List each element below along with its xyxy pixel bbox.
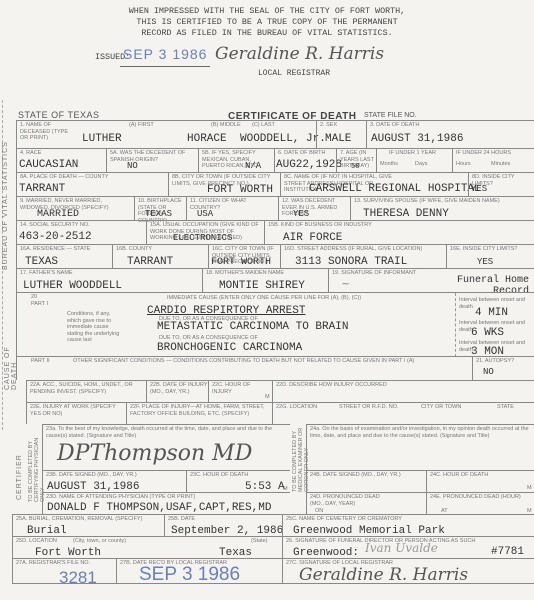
hour-of-death-label: 23c. HOUR OF DEATH bbox=[190, 472, 248, 479]
first-label: (a) First bbox=[129, 122, 154, 129]
registrar-signature-field: 27c. SIGNATURE OF LOCAL REGISTRAR Gerald… bbox=[282, 558, 534, 584]
race-field: 4. RACE CAUCASIAN bbox=[16, 148, 106, 172]
spanish-specify-label: 5b. IF YES, SPECIFY MEXICAN, CUBAN, PUER… bbox=[202, 150, 274, 170]
under-24-label: IF UNDER 24 HOURS bbox=[456, 150, 511, 157]
issued-underline bbox=[120, 66, 210, 67]
physician-label: 23d. NAME OF ATTENDING PHYSICIAN (Type o… bbox=[46, 494, 195, 501]
citizen-value: USA bbox=[197, 209, 213, 219]
autopsy-label: 21. AUTOPSY? bbox=[476, 358, 514, 365]
injury-date-label: 22b. DATE OF INJURY (Mo., Day, Yr.) bbox=[150, 382, 208, 395]
reg-signature: Geraldine R. Harris bbox=[299, 565, 468, 585]
registrar-file-no-field: 27a. REGISTRAR'S FILE NO. 3281 bbox=[12, 558, 116, 584]
location-label: 25d. LOCATION bbox=[16, 538, 57, 545]
location-sub-label: (City, town, or county) bbox=[73, 538, 126, 545]
spanish-value: NO bbox=[127, 161, 138, 171]
reg-file-label: 27a. REGISTRAR'S FILE NO. bbox=[16, 560, 90, 567]
injury-type-label: 22a. ACC., SUICIDE, HOM., UNDET., OR PEN… bbox=[30, 382, 142, 395]
residence-street-field: 16d. STREET ADDRESS (If rural, give loca… bbox=[280, 244, 446, 268]
me-date-label: 24b. DATE SIGNED (Mo., Day, Yr.) bbox=[310, 472, 401, 479]
injury-hour-field: 22c. HOUR OF INJURY M bbox=[208, 380, 272, 402]
res-inside-label: 16e. INSIDE CITY LIMITS? bbox=[450, 246, 530, 253]
under-1-year-field: IF UNDER 1 YEAR Months Days bbox=[376, 148, 452, 172]
me-date-signed-field: 24b. DATE SIGNED (Mo., Day, Yr.) bbox=[306, 470, 426, 492]
cause-c-value: BRONCHOGENIC CARCINOMA bbox=[157, 342, 302, 354]
state-sub-label: (State) bbox=[251, 538, 268, 545]
inside-city-limits-field: 8d. INSIDE CITY LIMITS? YES bbox=[468, 172, 534, 196]
immediate-cause-label: IMMEDIATE CAUSE (Enter only one cause pe… bbox=[167, 295, 361, 302]
injury-date-field: 22b. DATE OF INJURY (Mo., Day, Yr.) bbox=[146, 380, 208, 402]
spouse-value: THERESA DENNY bbox=[363, 208, 449, 220]
cert-line-2: THIS IS CERTIFIED TO BE A TRUE COPY OF T… bbox=[0, 17, 534, 28]
birthplace-value: TEXAS bbox=[145, 209, 172, 219]
injury-type-field: 22a. ACC., SUICIDE, HOM., UNDET., OR PEN… bbox=[26, 380, 146, 402]
interval-a-value: 4 MIN bbox=[475, 307, 508, 319]
me-statement: 24a. On the basis of examination and/or … bbox=[310, 426, 530, 439]
ssn-label: 14. SOCIAL SECURITY NO. bbox=[20, 222, 90, 229]
place-of-death-county-field: 8a. PLACE OF DEATH — COUNTY TARRANT bbox=[16, 172, 168, 196]
months-label: Months bbox=[380, 161, 398, 168]
father-label: 17. FATHER'S NAME bbox=[20, 270, 73, 277]
date-signed-label: 23b. DATE SIGNED (Mo., Day, Yr.) bbox=[46, 472, 137, 479]
residence-state-field: 16a. RESIDENCE — STATE TEXAS bbox=[16, 244, 112, 268]
mother-label: 18. MOTHER'S MAIDEN NAME bbox=[206, 270, 284, 277]
race-label: 4. RACE bbox=[20, 150, 41, 157]
side-label-bureau: BUREAU OF VITAL STATISTICS bbox=[2, 130, 9, 270]
certifier-signature-field: 23a. To the best of my knowledge, death … bbox=[42, 424, 290, 470]
injury-hour-label: 22c. HOUR OF INJURY bbox=[212, 382, 252, 395]
res-state-label: 16a. RESIDENCE — STATE bbox=[20, 246, 90, 253]
cause-of-death-part2: PART II OTHER SIGNIFICANT CONDITIONS — C… bbox=[16, 356, 472, 380]
disposition-date-field: 25b. DATE September 2, 1986 bbox=[164, 514, 282, 536]
res-county-label: 16b. COUNTY bbox=[116, 246, 152, 253]
registrar-signature: Geraldine R. Harris bbox=[215, 44, 384, 64]
me-pronounced-label: 24d. PRONOUNCED DEAD (Mo., Day, Year) bbox=[310, 494, 390, 507]
cemetery-field: 25c. NAME OF CEMETERY OR CREMATORY Green… bbox=[282, 514, 534, 536]
injury-city-label: CITY OR TOWN bbox=[421, 404, 461, 411]
res-street-label: 16d. STREET ADDRESS (If rural, give loca… bbox=[284, 246, 422, 253]
me-pronounced-date-field: 24d. PRONOUNCED DEAD (Mo., Day, Year) ON bbox=[306, 492, 426, 514]
injury-state-label: STATE bbox=[497, 404, 514, 411]
spanish-origin-field: 5a. WAS THE DECEDENT OF SPANISH ORIGIN? … bbox=[106, 148, 198, 172]
race-value: CAUCASIAN bbox=[19, 159, 78, 171]
informant-label: 19. SIGNATURE OF INFORMANT bbox=[332, 270, 416, 277]
me-signature-field: 24a. On the basis of examination and/or … bbox=[306, 424, 534, 470]
disposition-date-label: 25b. DATE bbox=[168, 516, 195, 523]
injury-at-work-field: 22e. INJURY AT WORK (Specify yes or no) bbox=[26, 402, 126, 424]
local-registrar-label: LOCAL REGISTRAR bbox=[258, 69, 330, 78]
county-value: TARRANT bbox=[19, 183, 65, 195]
business-field: 15b. KIND OF BUSINESS OR INDUSTRY AIR FO… bbox=[264, 220, 534, 244]
marital-status-field: 9. MARRIED, NEVER MARRIED, WIDOWED, DIVO… bbox=[16, 196, 134, 220]
death-certificate-form: 1. NAME OF DECEASED (Type or print) (a) … bbox=[12, 120, 534, 590]
armed-forces-field: 12. WAS DECEDENT EVER IN U.S. ARMED FORC… bbox=[278, 196, 350, 220]
business-value: AIR FORCE bbox=[283, 232, 342, 244]
armed-forces-value: YES bbox=[293, 209, 309, 219]
city-value: FORT WORTH bbox=[207, 184, 273, 196]
birthplace-field: 10. BIRTHPLACE (State or foreign country… bbox=[134, 196, 186, 220]
sex-label: 2. SEX bbox=[320, 122, 337, 129]
residence-city-field: 16c. CITY OR TOWN (If outside city limit… bbox=[208, 244, 280, 268]
name-label: 1. NAME OF DECEASED (Type or print) bbox=[20, 122, 75, 142]
autopsy-field: 21. AUTOPSY? NO bbox=[472, 356, 534, 380]
res-city-value: FORT WORTH bbox=[211, 257, 271, 268]
at-work-label: 22e. INJURY AT WORK (Specify yes or no) bbox=[30, 404, 126, 417]
hours-label: Hours bbox=[456, 161, 471, 168]
first-name-value: LUTHER bbox=[82, 133, 122, 145]
hospital-value: CARSWELL REGIONAL HOSPITAL bbox=[309, 183, 481, 195]
injury-describe-label: 22d. DESCRIBE HOW INJURY OCCURRED bbox=[276, 382, 387, 389]
cause-of-death-part1: 20 PART I IMMEDIATE CAUSE (Enter only on… bbox=[16, 292, 534, 356]
part1-label: PART I bbox=[31, 301, 48, 308]
injury-place-field: 22f. PLACE OF INJURY—At home, farm, stre… bbox=[126, 402, 272, 424]
sex-value: MALE bbox=[325, 133, 351, 145]
date-of-death-value: AUGUST 31,1986 bbox=[371, 133, 463, 145]
injury-location-field: 22g. LOCATION STREET OR R.F.D. NO. CITY … bbox=[272, 402, 534, 424]
hospital-field: 8c. NAME OF (If not in hospital, give st… bbox=[280, 172, 468, 196]
last-name-value: WOODDELL, Jr. bbox=[240, 133, 326, 145]
physician-value: DONALD F THOMPSON,USAF,CAPT,RES,MD bbox=[47, 502, 271, 514]
res-county-value: TARRANT bbox=[127, 256, 173, 268]
injury-street-label: STREET OR R.F.D. NO. bbox=[339, 404, 399, 411]
cemetery-label: 25c. NAME OF CEMETERY OR CREMATORY bbox=[286, 516, 402, 523]
father-name-field: 17. FATHER'S NAME LUTHER WOODDELL bbox=[16, 268, 202, 292]
date-of-death-field: 3. DATE OF DEATH AUGUST 31,1986 bbox=[366, 120, 534, 148]
dob-value: AUG22,1928 bbox=[276, 159, 342, 171]
date-signed-field: 23b. DATE SIGNED (Mo., Day, Yr.) AUGUST … bbox=[42, 470, 186, 492]
method-label: 25a. BURIAL, CREMATION, REMOVAL (Specify… bbox=[16, 516, 142, 523]
side-label-certifier: CERTIFIER bbox=[16, 450, 23, 500]
disposition-location-field: 25d. LOCATION (City, town, or county) (S… bbox=[12, 536, 282, 558]
middle-name-value: HORACE bbox=[187, 133, 227, 145]
due-to-label-b: DUE TO, OR AS A CONSEQUENCE OF bbox=[159, 335, 258, 342]
registrar-date-field: 27b. DATE REC'D BY LOCAL REGISTRAR SEP 3… bbox=[116, 558, 282, 584]
cause-b-value: METASTATIC CARCINOMA TO BRAIN bbox=[157, 321, 348, 333]
hour-of-death-field: 23c. HOUR OF DEATH 5:53 A M bbox=[186, 470, 290, 492]
last-name-field: (c) Last WOODDELL, Jr. bbox=[242, 120, 317, 148]
last-label: (c) Last bbox=[252, 122, 275, 129]
father-value: LUTHER WOODDELL bbox=[23, 280, 122, 292]
reg-file-value: 3281 bbox=[59, 568, 97, 588]
res-street-value: 3113 SONORA TRAIL bbox=[295, 256, 407, 268]
certification-text: WHEN IMPRESSED WITH THE SEAL OF THE CITY… bbox=[0, 6, 534, 39]
cert-line-1: WHEN IMPRESSED WITH THE SEAL OF THE CITY… bbox=[0, 6, 534, 17]
certifier-signature: DPThompson MD bbox=[57, 441, 252, 466]
spanish-specify-value: N/A bbox=[245, 161, 261, 171]
middle-label: (b) Middle bbox=[211, 122, 241, 129]
county-label: 8a. PLACE OF DEATH — COUNTY bbox=[20, 174, 109, 181]
minutes-label: Minutes bbox=[491, 161, 510, 168]
me-pronounced-hour-field: 24e. PRONOUNCED DEAD (Hour) AT M bbox=[426, 492, 534, 514]
under-24-hours-field: IF UNDER 24 HOURS Hours Minutes bbox=[452, 148, 534, 172]
residence-inside-field: 16e. INSIDE CITY LIMITS? YES bbox=[446, 244, 534, 268]
mother-name-field: 18. MOTHER'S MAIDEN NAME MONTIE SHIREY bbox=[202, 268, 328, 292]
interval-divider bbox=[455, 293, 456, 357]
state-file-no-label: STATE FILE NO. bbox=[364, 112, 417, 119]
age-value: 58 bbox=[351, 163, 359, 171]
under-1-label: IF UNDER 1 YEAR bbox=[389, 150, 436, 157]
injury-describe-field: 22d. DESCRIBE HOW INJURY OCCURRED bbox=[272, 380, 534, 402]
director-signature: Ivan Uvalde bbox=[365, 541, 438, 555]
surviving-spouse-field: 13. SURVIVING SPOUSE (If wife, give maid… bbox=[350, 196, 534, 220]
conditions-note: Conditions, if any, which gave rise to i… bbox=[67, 311, 123, 344]
disposition-method-field: 25a. BURIAL, CREMATION, REMOVAL (Specify… bbox=[12, 514, 164, 536]
business-label: 15b. KIND OF BUSINESS OR INDUSTRY bbox=[268, 222, 372, 229]
dob-label: 6. DATE OF BIRTH bbox=[278, 150, 325, 157]
informant-field: 19. SIGNATURE OF INFORMANT ~ Funeral Hom… bbox=[328, 268, 534, 292]
occupation-value: ELECTRONICS bbox=[173, 233, 232, 243]
sex-field: 2. SEX MALE bbox=[316, 120, 366, 148]
me-hour-field: 24c. HOUR OF DEATH M bbox=[426, 470, 534, 492]
autopsy-value: NO bbox=[483, 367, 494, 377]
me-hour-suffix: M bbox=[527, 485, 532, 492]
issued-date-stamp: SEP 3 1986 bbox=[123, 46, 207, 62]
inside-limits-value: YES bbox=[471, 184, 487, 194]
citizenship-field: 11. CITIZEN OF WHAT COUNTRY? USA bbox=[186, 196, 278, 220]
occupation-field: 15a. USUAL OCCUPATION (Give kind of work… bbox=[146, 220, 264, 244]
spanish-specify-field: 5b. IF YES, SPECIFY MEXICAN, CUBAN, PUER… bbox=[198, 148, 274, 172]
informant-signature: ~ bbox=[341, 277, 350, 290]
days-label: Days bbox=[415, 161, 428, 168]
res-state-value: TEXAS bbox=[25, 256, 58, 268]
funeral-director-field: 26. SIGNATURE OF FUNERAL DIRECTOR OR PER… bbox=[282, 536, 534, 558]
attending-physician-field: 23d. NAME OF ATTENDING PHYSICIAN (Type o… bbox=[42, 492, 290, 514]
state-label: STATE OF TEXAS bbox=[18, 110, 100, 120]
item-20-label: 20 bbox=[31, 294, 37, 301]
spouse-label: 13. SURVIVING SPOUSE (If wife, give maid… bbox=[354, 198, 534, 205]
part2-text: OTHER SIGNIFICANT CONDITIONS — CONDITION… bbox=[73, 358, 414, 365]
part2-label: PART II bbox=[31, 358, 50, 365]
marital-value: MARRIED bbox=[37, 209, 79, 220]
interval-b-value: 6 WKS bbox=[471, 327, 504, 339]
me-hour-label: 24c. HOUR OF DEATH bbox=[430, 472, 488, 479]
city-of-death-field: 8b. CITY OR TOWN (If outside city limits… bbox=[168, 172, 280, 196]
cert-line-3: RECORD AS FILED IN THE BUREAU OF VITAL S… bbox=[0, 28, 534, 39]
spanish-label: 5a. WAS THE DECEDENT OF SPANISH ORIGIN? bbox=[110, 150, 196, 163]
dob-field: 6. DATE OF BIRTH AUG22,1928 bbox=[274, 148, 336, 172]
injury-location-label: 22g. LOCATION bbox=[276, 404, 317, 411]
injury-place-label: 22f. PLACE OF INJURY—At home, farm, stre… bbox=[130, 404, 272, 417]
residence-county-field: 16b. COUNTY TARRANT bbox=[112, 244, 208, 268]
certifier-statement: 23a. To the best of my knowledge, death … bbox=[46, 426, 286, 439]
ssn-field: 14. SOCIAL SECURITY NO. 463-20-2512 bbox=[16, 220, 146, 244]
reg-date-value: SEP 3 1986 bbox=[139, 564, 240, 586]
me-pronounced-hour-label: 24e. PRONOUNCED DEAD (Hour) bbox=[430, 494, 521, 501]
injury-hour-suffix: M bbox=[265, 394, 270, 401]
mother-value: MONTIE SHIREY bbox=[219, 280, 305, 292]
date-of-death-label: 3. DATE OF DEATH bbox=[370, 122, 419, 129]
age-field: 7. AGE (in years last birthday) 58 bbox=[336, 148, 376, 172]
side-label-cause: CAUSE OF DEATH bbox=[4, 320, 18, 390]
director-number: #7781 bbox=[491, 546, 524, 558]
ssn-value: 463-20-2512 bbox=[19, 231, 92, 243]
res-inside-value: YES bbox=[477, 257, 493, 267]
